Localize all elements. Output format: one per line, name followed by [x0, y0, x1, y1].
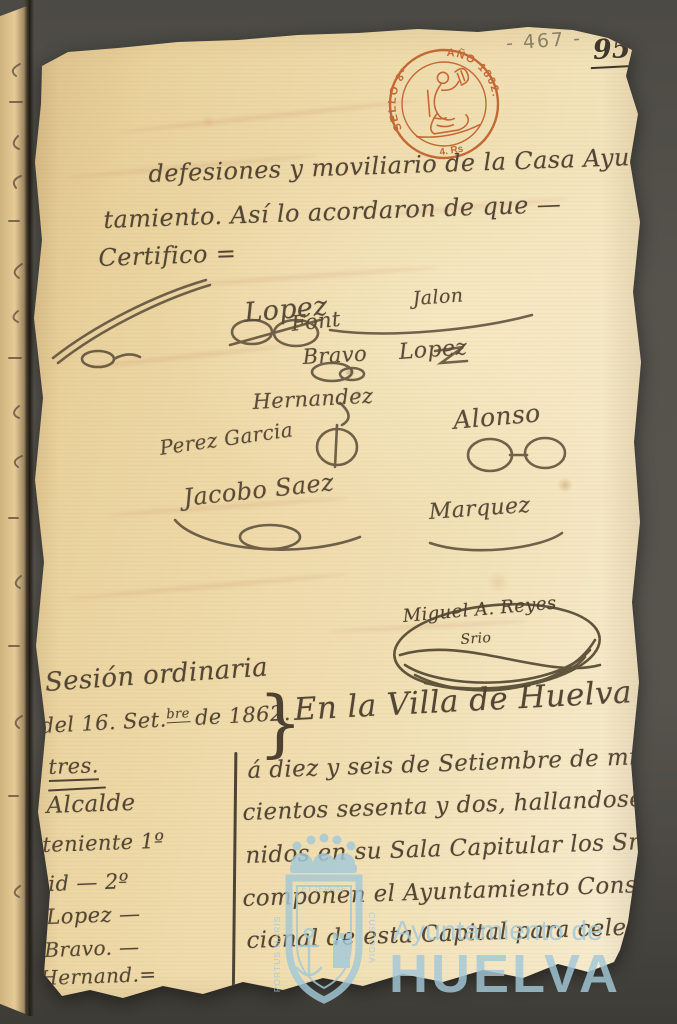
signature: Jalon: [412, 284, 464, 309]
archive-number-pencil: - 467 -: [505, 27, 582, 54]
bleedthrough-streak: [119, 98, 418, 134]
margin-attendee: Hernand.=: [40, 962, 157, 990]
body-line: cientos sesenta y dos, hallandose reu-: [242, 784, 677, 826]
margin-session-title: Sesión ordinaria: [44, 652, 269, 698]
stamp-right-arc-text: AÑO 1862.: [444, 40, 502, 105]
margin-separator-rule: [232, 752, 237, 1014]
signature: Lopez: [398, 335, 468, 365]
previous-page-edge: [0, 6, 27, 1014]
body-opening-line: En la Villa de Huelva: [293, 674, 633, 728]
svg-text:AÑO 1862.: AÑO 1862.: [444, 40, 502, 105]
margin-attendee: id — 2º: [48, 869, 129, 896]
margin-session-date: del 16. Set.brede 1862.: [40, 701, 291, 738]
body-line: cional de esta Capital para cele-: [246, 914, 635, 954]
margin-attendee: tres.: [48, 753, 99, 779]
revenue-stamp-seal: SELLO 8º AÑO 1862. 4. Rs: [384, 44, 504, 164]
signature: Bravo: [302, 342, 368, 369]
margin-date-pre: del 16. Set.: [40, 707, 167, 738]
previous-page-stroke-fragments: [0, 6, 27, 1006]
body-line: á diez y seis de Setiembre de mil ócho-: [247, 742, 677, 784]
margin-attendee: teniente 1º: [42, 829, 165, 857]
margin-attendee: Bravo. —: [44, 935, 140, 962]
body-line: nidos en su Sala Capitular los Sres q.: [245, 827, 677, 869]
margin-date-superscript: bre: [166, 706, 190, 723]
folio-number: 95: [589, 33, 634, 69]
secretary-title: Srio: [460, 630, 492, 648]
margin-attendee: Alcalde: [46, 790, 136, 819]
bleedthrough-streak: [68, 572, 347, 601]
document-page: - 467 - 95 SELLO 8º AÑO 1862. 4. Rs: [28, 22, 645, 1014]
body-line: componen el Ayuntamiento Constitu-: [242, 870, 677, 912]
closing-paragraph-line: Certifico =: [98, 239, 237, 272]
document-page-wrap: - 467 - 95 SELLO 8º AÑO 1862. 4. Rs: [28, 22, 645, 1014]
margin-attendee: Lopez —: [46, 902, 141, 929]
closing-paragraph-line: tamiento. Así lo acordaron de que —: [103, 190, 562, 234]
scanned-document-photo: - 467 - 95 SELLO 8º AÑO 1862. 4. Rs: [0, 0, 677, 1024]
stamp-allegory-figure: [407, 67, 480, 140]
